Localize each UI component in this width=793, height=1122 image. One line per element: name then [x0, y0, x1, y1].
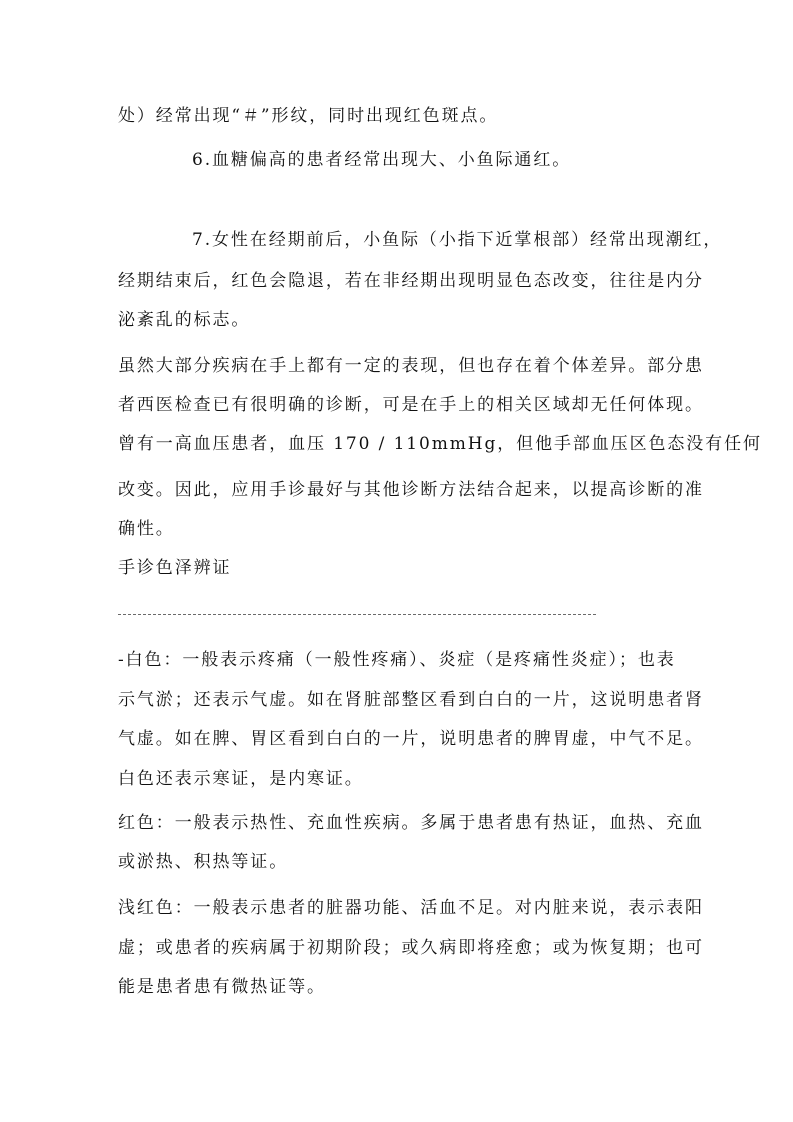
paragraph-line-light-red: 浅红色：一般表示患者的脏器功能、活血不足。对内脏来说，表示表阳	[118, 896, 678, 920]
paragraph-line-red: 或淤热、积热等证。	[118, 850, 678, 874]
paragraph-line: 改变。因此，应用手诊最好与其他诊断方法结合起来，以提高诊断的准	[118, 478, 678, 502]
paragraph-line: 经期结束后，红色会隐退，若在非经期出现明显色态改变，往往是内分	[118, 269, 678, 293]
paragraph-line-continuation: 处）经常出现“＃”形纹，同时出现红色斑点。	[118, 104, 678, 128]
paragraph-line: 者西医检查已有很明确的诊断，可是在手上的相关区域却无任何体现。	[118, 393, 678, 417]
paragraph-line-white: 白色还表示寒证，是内寒证。	[118, 767, 678, 791]
paragraph-line-light-red: 虚；或患者的疾病属于初期阶段；或久病即将痊愈；或为恢复期；也可	[118, 936, 678, 960]
document-page: 处）经常出现“＃”形纹，同时出现红色斑点。 6.血糖偏高的患者经常出现大、小鱼际…	[0, 0, 793, 1122]
paragraph-line: 泌紊乱的标志。	[118, 308, 678, 332]
section-heading: 手诊色泽辨证	[118, 556, 678, 580]
dashed-divider	[118, 614, 596, 615]
paragraph-line-white: 示气淤；还表示气虚。如在肾脏部整区看到白白的一片，这说明患者肾	[118, 688, 678, 712]
paragraph-line-white: -白色：一般表示疼痛（一般性疼痛）、炎症（是疼痛性炎症）；也表	[118, 648, 678, 672]
list-item-7: 7.女性在经期前后，小鱼际（小指下近掌根部）经常出现潮红，	[192, 228, 752, 252]
paragraph-line: 虽然大部分疾病在手上都有一定的表现，但也存在着个体差异。部分患	[118, 354, 678, 378]
paragraph-line-light-red: 能是患者患有微热证等。	[118, 975, 678, 999]
paragraph-line: 确性。	[118, 517, 678, 541]
list-item-6: 6.血糖偏高的患者经常出现大、小鱼际通红。	[192, 148, 752, 172]
paragraph-line: 曾有一高血压患者，血压 170 / 110mmHg，但他手部血压区色态没有任何	[118, 432, 678, 456]
paragraph-line-red: 红色：一般表示热性、充血性疾病。多属于患者患有热证，血热、充血	[118, 811, 678, 835]
paragraph-line-white: 气虚。如在脾、胃区看到白白的一片，说明患者的脾胃虚，中气不足。	[118, 727, 678, 751]
